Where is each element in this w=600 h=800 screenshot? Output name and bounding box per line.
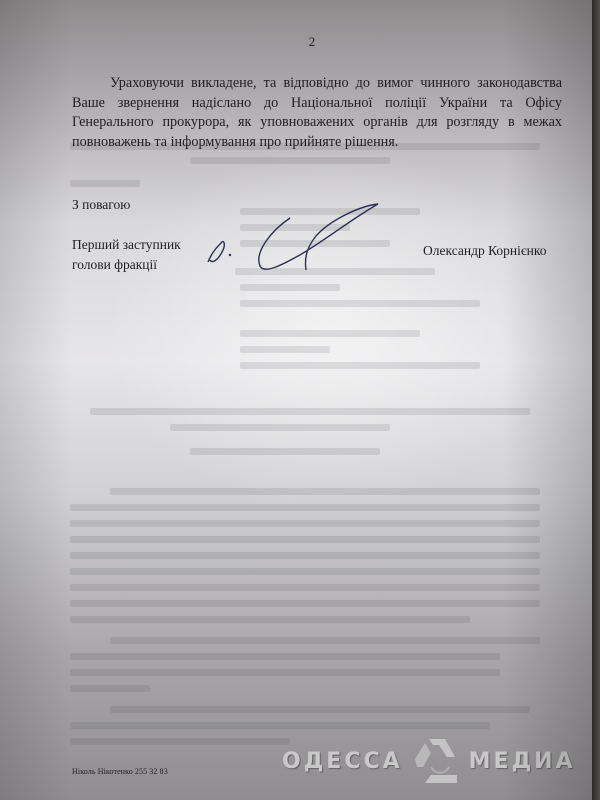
handwritten-signature-icon <box>200 190 380 290</box>
signatory-name: Олександр Корнієнко <box>423 243 547 259</box>
watermark-right-text: МЕДИА <box>469 749 576 774</box>
watermark: ОДЕССА МЕДИА <box>282 737 600 785</box>
signatory-position-line1: Перший заступник <box>72 235 181 255</box>
desk-edge <box>592 0 600 800</box>
page-number: 2 <box>0 34 600 50</box>
watermark-left-text: ОДЕССА <box>282 749 403 774</box>
closing-phrase: З повагою <box>72 197 130 213</box>
triangle-arrows-logo-icon <box>411 737 461 785</box>
document-page: 2 Ураховуючи викладене, та відповідно до… <box>0 0 592 800</box>
body-paragraph: Ураховуючи викладене, та відповідно до в… <box>72 74 562 152</box>
footer-note: Ніколь Нікотенко 255 32 83 <box>72 767 168 776</box>
signatory-position-line2: голови фракції <box>72 255 181 275</box>
signatory-position: Перший заступник голови фракції <box>72 235 181 275</box>
